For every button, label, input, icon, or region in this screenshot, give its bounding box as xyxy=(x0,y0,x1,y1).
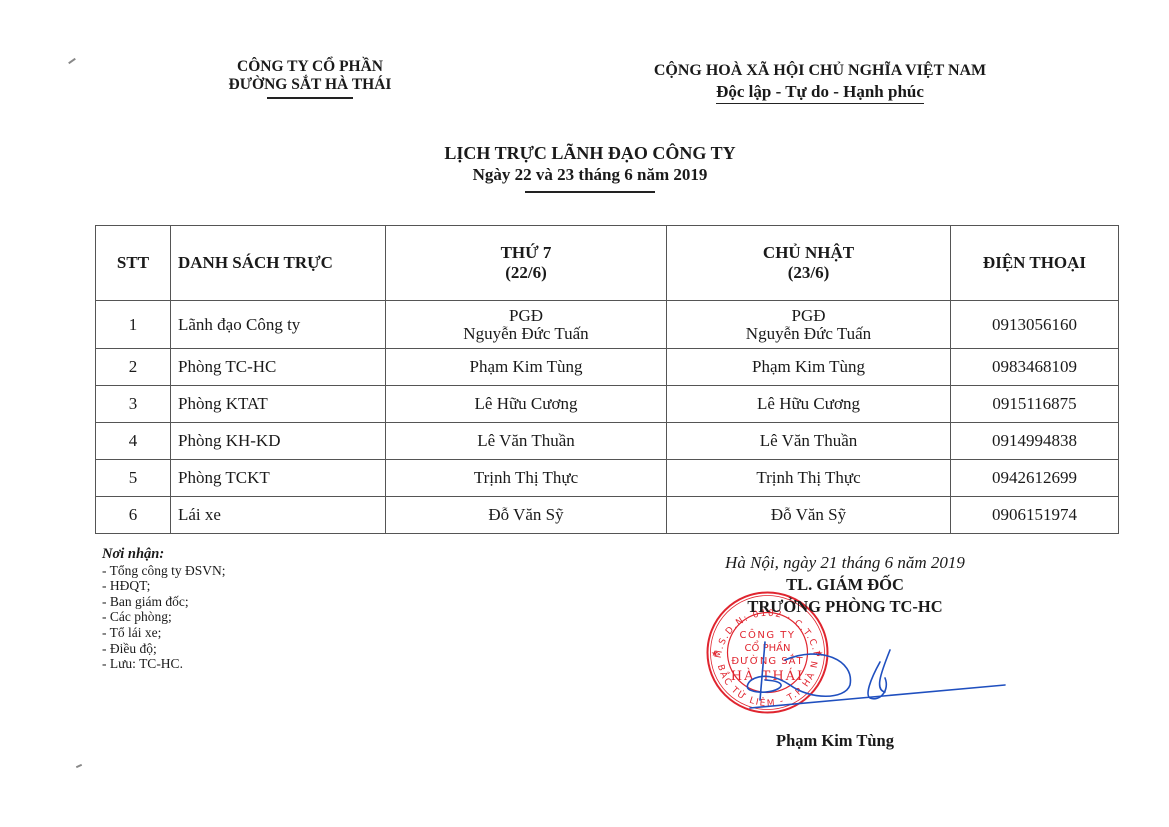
table-row: 5 Phòng TCKT Trịnh Thị Thực Trịnh Thị Th… xyxy=(96,460,1119,497)
header-duty-list: DANH SÁCH TRỰC xyxy=(171,226,386,301)
cell-sunday-person: Nguyễn Đức Tuấn xyxy=(667,325,950,343)
cell-phone: 0913056160 xyxy=(951,301,1119,349)
header-saturday-label: THỨ 7 xyxy=(386,243,666,263)
scan-speck xyxy=(68,58,76,64)
signer-role-2: TRƯỞNG PHÒNG TC-HC xyxy=(690,597,1000,617)
cell-unit: Phòng TCKT xyxy=(171,460,386,497)
cell-phone: 0906151974 xyxy=(951,497,1119,534)
cell-phone: 0914994838 xyxy=(951,423,1119,460)
table-row: 1 Lãnh đạo Công ty PGĐ Nguyễn Đức Tuấn P… xyxy=(96,301,1119,349)
national-motto: Độc lập - Tự do - Hạnh phúc xyxy=(716,81,924,104)
cell-stt: 2 xyxy=(96,349,171,386)
cell-sunday-person: Đỗ Văn Sỹ xyxy=(667,497,951,534)
cell-saturday-person: Lê Văn Thuần xyxy=(386,423,667,460)
header-sunday-date: (23/6) xyxy=(667,263,950,283)
header-phone: ĐIỆN THOẠI xyxy=(951,226,1119,301)
national-title: CỘNG HOÀ XÃ HỘI CHỦ NGHĨA VIỆT NAM xyxy=(610,60,1030,81)
table-header-row: STT DANH SÁCH TRỰC THỨ 7 (22/6) CHỦ NHẬT… xyxy=(96,226,1119,301)
cell-saturday-person: Phạm Kim Tùng xyxy=(386,349,667,386)
issuer-line-2: ĐƯỜNG SẮT HÀ THÁI xyxy=(180,76,440,94)
cell-unit: Lãnh đạo Công ty xyxy=(171,301,386,349)
issuer-line-1: CÔNG TY CỔ PHẦN xyxy=(180,58,440,76)
cell-phone: 0942612699 xyxy=(951,460,1119,497)
cell-sunday-person: Lê Văn Thuần xyxy=(667,423,951,460)
issuer-underline xyxy=(267,97,353,99)
cell-phone: 0983468109 xyxy=(951,349,1119,386)
cell-stt: 3 xyxy=(96,386,171,423)
recipients-title: Nơi nhận: xyxy=(102,547,226,563)
svg-text:★: ★ xyxy=(711,649,718,658)
cell-saturday-person: Nguyễn Đức Tuấn xyxy=(386,325,666,343)
table-row: 6 Lái xe Đỗ Văn Sỹ Đỗ Văn Sỹ 0906151974 xyxy=(96,497,1119,534)
header-stt: STT xyxy=(96,226,171,301)
cell-saturday-person: Đỗ Văn Sỹ xyxy=(386,497,667,534)
cell-phone: 0915116875 xyxy=(951,386,1119,423)
document-title-block: LỊCH TRỰC LÃNH ĐẠO CÔNG TY Ngày 22 và 23… xyxy=(360,142,820,193)
cell-saturday-person: Trịnh Thị Thực xyxy=(386,460,667,497)
place-and-date: Hà Nội, ngày 21 tháng 6 năm 2019 xyxy=(690,553,1000,573)
cell-saturday: PGĐ Nguyễn Đức Tuấn xyxy=(386,301,667,349)
header-sunday-label: CHỦ NHẬT xyxy=(667,243,950,263)
cell-saturday-person: Lê Hữu Cương xyxy=(386,386,667,423)
table-row: 2 Phòng TC-HC Phạm Kim Tùng Phạm Kim Tùn… xyxy=(96,349,1119,386)
recipient-item: - Lưu: TC-HC. xyxy=(102,656,226,672)
issuer-header: CÔNG TY CỔ PHẦN ĐƯỜNG SẮT HÀ THÁI xyxy=(180,58,440,99)
title-underline xyxy=(525,191,655,193)
handwritten-signature-icon xyxy=(740,640,1010,715)
cell-unit: Phòng KH-KD xyxy=(171,423,386,460)
cell-stt: 4 xyxy=(96,423,171,460)
cell-stt: 6 xyxy=(96,497,171,534)
recipient-item: - Tổ lái xe; xyxy=(102,625,226,641)
cell-unit: Phòng KTAT xyxy=(171,386,386,423)
recipient-item: - Điều độ; xyxy=(102,641,226,657)
table-row: 3 Phòng KTAT Lê Hữu Cương Lê Hữu Cương 0… xyxy=(96,386,1119,423)
recipient-item: - Ban giám đốc; xyxy=(102,594,226,610)
cell-saturday-title: PGĐ xyxy=(386,307,666,325)
cell-stt: 5 xyxy=(96,460,171,497)
recipient-item: - Các phòng; xyxy=(102,609,226,625)
table-row: 4 Phòng KH-KD Lê Văn Thuần Lê Văn Thuần … xyxy=(96,423,1119,460)
recipient-item: - HĐQT; xyxy=(102,578,226,594)
cell-sunday: PGĐ Nguyễn Đức Tuấn xyxy=(667,301,951,349)
cell-sunday-title: PGĐ xyxy=(667,307,950,325)
cell-sunday-person: Lê Hữu Cương xyxy=(667,386,951,423)
header-saturday: THỨ 7 (22/6) xyxy=(386,226,667,301)
cell-sunday-person: Phạm Kim Tùng xyxy=(667,349,951,386)
scan-speck xyxy=(76,764,82,768)
signer-name: Phạm Kim Tùng xyxy=(690,731,980,751)
recipients-block: Nơi nhận: - Tổng công ty ĐSVN; - HĐQT; -… xyxy=(102,547,226,672)
cell-sunday-person: Trịnh Thị Thực xyxy=(667,460,951,497)
header-saturday-date: (22/6) xyxy=(386,263,666,283)
cell-unit: Lái xe xyxy=(171,497,386,534)
duty-schedule-table: STT DANH SÁCH TRỰC THỨ 7 (22/6) CHỦ NHẬT… xyxy=(95,225,1119,534)
recipient-item: - Tổng công ty ĐSVN; xyxy=(102,563,226,579)
national-header: CỘNG HOÀ XÃ HỘI CHỦ NGHĨA VIỆT NAM Độc l… xyxy=(610,60,1030,104)
cell-stt: 1 xyxy=(96,301,171,349)
header-sunday: CHỦ NHẬT (23/6) xyxy=(667,226,951,301)
document-title: LỊCH TRỰC LÃNH ĐẠO CÔNG TY xyxy=(360,142,820,164)
document-subtitle: Ngày 22 và 23 tháng 6 năm 2019 xyxy=(360,164,820,186)
cell-unit: Phòng TC-HC xyxy=(171,349,386,386)
